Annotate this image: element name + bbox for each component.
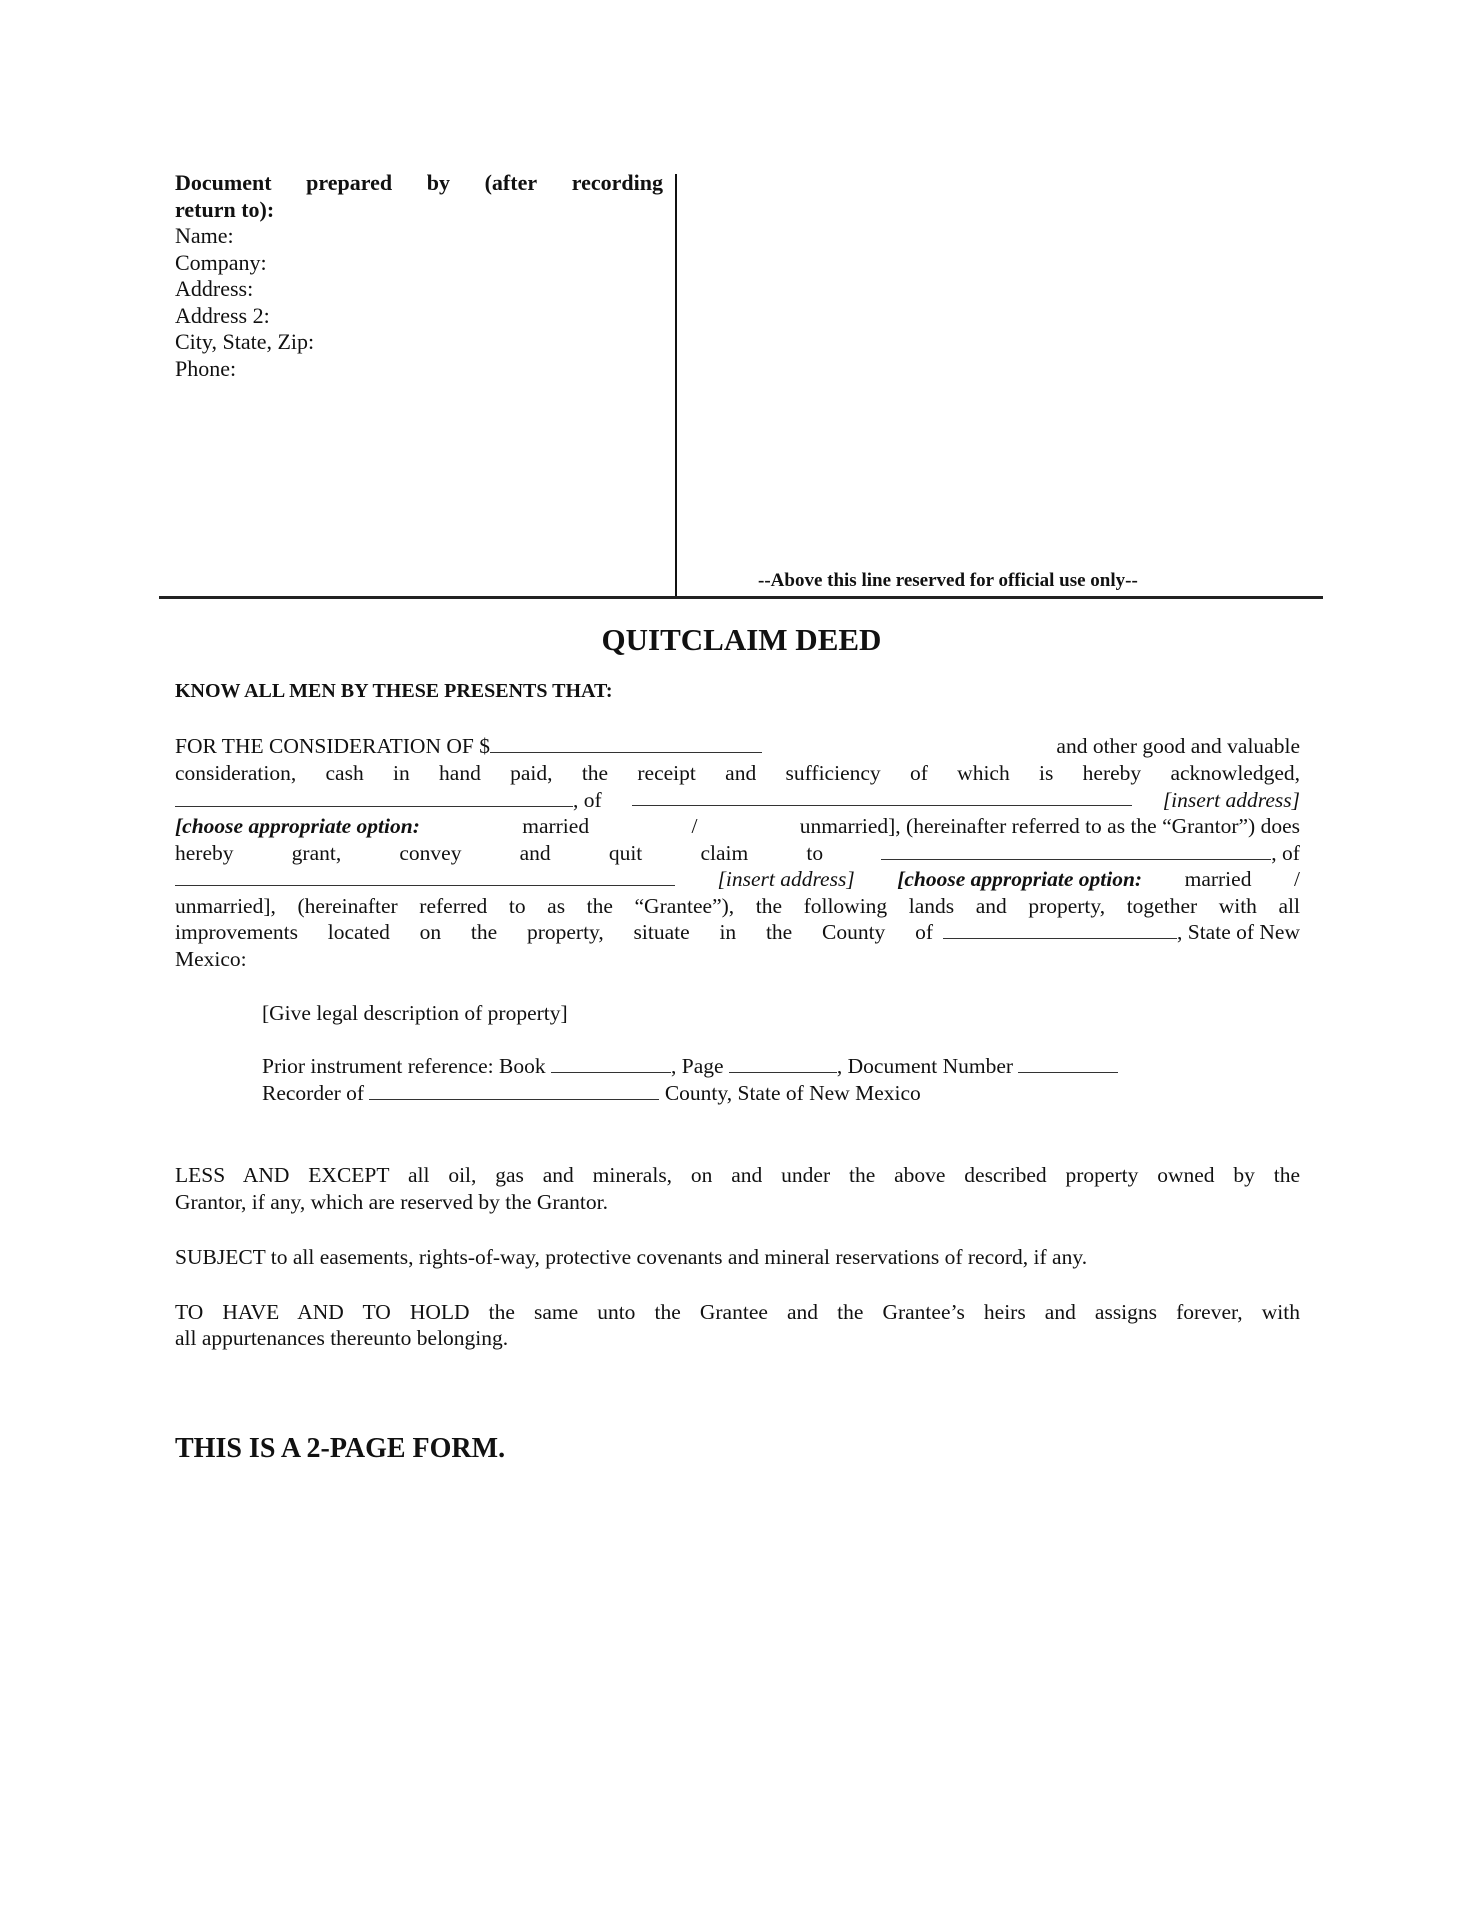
grantee-name-blank[interactable]: [881, 841, 1271, 860]
grantee-marital-option-label: [choose appropriate option:: [897, 866, 1142, 892]
official-use-note: --Above this line reserved for official …: [758, 570, 1138, 592]
prepared-by-heading: Document prepared by (after recording: [175, 170, 663, 196]
prepared-by-word: recording: [572, 170, 663, 196]
prepared-by-word: (after: [485, 170, 538, 196]
prepared-by-word: by: [427, 170, 450, 196]
less-and-except-line-2: Grantor, if any, which are reserved by t…: [175, 1189, 608, 1215]
intro-heading: KNOW ALL MEN BY THESE PRESENTS THAT:: [175, 680, 613, 703]
habendum-line-1: TO HAVE AND TO HOLD the same unto the Gr…: [175, 1299, 1300, 1325]
consideration-line-2: consideration, cash in hand paid, the re…: [175, 760, 1300, 786]
grantee-option-married[interactable]: married: [1185, 866, 1252, 892]
document-number-blank[interactable]: [1018, 1054, 1118, 1073]
consideration-line-1: FOR THE CONSIDERATION OF $ and other goo…: [175, 733, 1300, 759]
consideration-line-5: hereby grant, convey and quit claim to ,…: [175, 840, 1300, 866]
return-name-field: Name:: [175, 223, 234, 249]
consideration-line-9: Mexico:: [175, 946, 247, 972]
prepared-by-word: prepared: [306, 170, 392, 196]
less-and-except-line-1: LESS AND EXCEPT all oil, gas and mineral…: [175, 1162, 1300, 1188]
recording-area-separator: [159, 596, 1323, 599]
legal-description-placeholder: [Give legal description of property]: [262, 1000, 568, 1026]
prepared-by-heading-cont: return to):: [175, 197, 274, 223]
recorder-line: Recorder of County, State of New Mexico: [262, 1080, 921, 1106]
grantee-address-blank[interactable]: [175, 867, 675, 886]
return-phone-field: Phone:: [175, 356, 236, 382]
consideration-line-7: unmarried], (hereinafter referred to as …: [175, 893, 1300, 919]
grantor-option-married[interactable]: married: [522, 813, 589, 839]
document-title: QUITCLAIM DEED: [0, 622, 1483, 658]
consideration-line-8: improvements located on the property, si…: [175, 919, 1300, 945]
habendum-line-2: all appurtenances thereunto belonging.: [175, 1325, 508, 1351]
consideration-amount-blank[interactable]: [490, 734, 762, 753]
return-company-field: Company:: [175, 250, 267, 276]
return-city-state-zip-field: City, State, Zip:: [175, 329, 314, 355]
return-address-field: Address:: [175, 276, 253, 302]
book-blank[interactable]: [551, 1054, 671, 1073]
subject-to-clause: SUBJECT to all easements, rights-of-way,…: [175, 1244, 1087, 1270]
page-blank[interactable]: [729, 1054, 837, 1073]
grantor-name-blank[interactable]: [175, 788, 573, 807]
consideration-line-4: [choose appropriate option: married / un…: [175, 813, 1300, 839]
grantor-marital-option-label: [choose appropriate option:: [175, 813, 420, 839]
prepared-by-word: Document: [175, 170, 272, 196]
grantor-address-blank[interactable]: [632, 787, 1132, 806]
prior-instrument-line: Prior instrument reference: Book , Page …: [262, 1053, 1118, 1079]
recording-area-divider: [675, 174, 677, 598]
consideration-line-3: , of [insert address]: [175, 787, 1300, 813]
county-blank[interactable]: [943, 920, 1177, 939]
recorder-county-blank[interactable]: [369, 1081, 659, 1100]
return-address2-field: Address 2:: [175, 303, 270, 329]
two-page-form-notice: THIS IS A 2-PAGE FORM.: [175, 1433, 505, 1465]
consideration-line-6: [insert address] [choose appropriate opt…: [175, 866, 1300, 892]
